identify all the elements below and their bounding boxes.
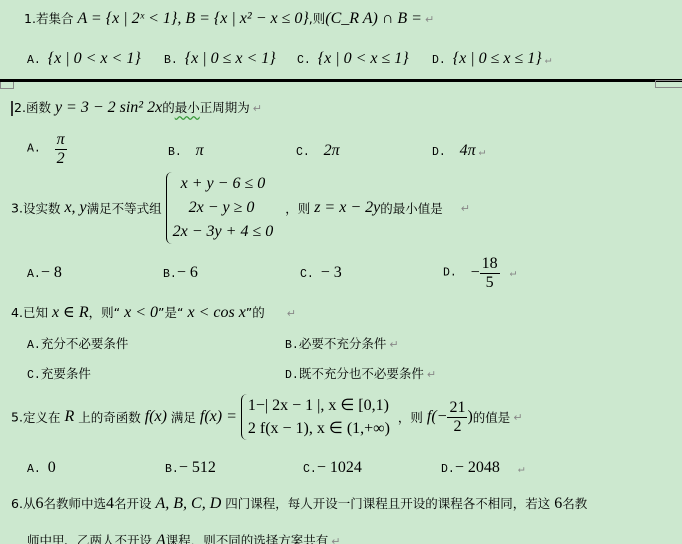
stem-text: 的值是 (473, 410, 511, 425)
option-value: 既不充分也不必要条件 (299, 366, 424, 381)
margin-corner-mark-left (0, 82, 14, 89)
option-label: C. (296, 146, 310, 159)
option-value: 2π (324, 142, 340, 159)
paragraph-mark-icon: ↵ (389, 338, 398, 351)
option-value: {x | 0 ≤ x ≤ 1} (453, 50, 542, 67)
question-2-option-b[interactable]: B. π (168, 142, 204, 160)
question-3-option-c[interactable]: C. − 3 (300, 264, 342, 282)
question-3-stem: 3.设实数 x, y满足不等式组 x + y − 6 ≤ 0 2x − y ≥ … (11, 172, 470, 244)
question-number: 3. (11, 201, 23, 216)
question-3-option-a[interactable]: A.− 8 (27, 264, 62, 282)
math-expression: A, B, C, D (155, 495, 221, 512)
option-label: A. (27, 54, 41, 67)
page-break-line (0, 79, 682, 82)
stem-text: 函数 (26, 100, 51, 115)
math-expression: x, y (64, 199, 86, 216)
option-label: A. (27, 143, 41, 156)
question-1-option-b[interactable]: B. {x | 0 ≤ x < 1} (164, 50, 276, 68)
question-number: 6. (11, 496, 23, 511)
question-5-option-c[interactable]: C.− 1024 (303, 459, 362, 477)
fraction-denominator: 2 (55, 150, 67, 168)
stem-text: ,则 (309, 11, 325, 26)
inequality-line: 2x − 3y + 4 ≤ 0 (173, 220, 274, 244)
stem-text: 定义在 (23, 410, 61, 425)
fraction: π2 (55, 131, 67, 167)
question-6-stem-line-2: 师中甲、乙两人不开设 A课程，则不同的选择方案共有↵ (27, 531, 341, 544)
option-label: C. (303, 463, 317, 476)
question-number: 1. (24, 11, 36, 26)
math-expression: f(− (427, 408, 448, 425)
math-expression: x < cos x (187, 304, 245, 321)
option-label: C. (27, 369, 41, 382)
math-expression: A (156, 532, 166, 544)
question-5-option-d[interactable]: D.− 2048↵ (441, 459, 524, 477)
option-label: C. (300, 268, 314, 281)
option-label: D. (432, 54, 446, 67)
option-value: − 8 (41, 264, 62, 281)
option-value: − 6 (177, 264, 198, 281)
option-label: D. (432, 146, 446, 159)
question-2-option-d[interactable]: D. 4π↵ (432, 142, 485, 160)
question-1-stem: 1.若集合 A = {x | 2ˣ < 1}, B = {x | x² − x … (24, 8, 434, 31)
option-label: B. (163, 268, 177, 281)
option-label: D. (285, 369, 299, 382)
stem-text: 师中甲、乙两人不开设 (27, 533, 152, 544)
fraction: 185 (480, 255, 500, 291)
option-label: A. (27, 268, 41, 281)
question-1-option-d[interactable]: D. {x | 0 ≤ x ≤ 1}↵ (432, 50, 551, 68)
question-3-option-b[interactable]: B.− 6 (163, 264, 198, 282)
option-value: {x | 0 < x ≤ 1} (318, 50, 409, 67)
math-expression: (C_R A) ∩ B = (325, 10, 422, 27)
question-6-stem-line-1: 6.从6名教师中选4名开设 A, B, C, D 四门课程，每人开设一门课程且开… (11, 494, 587, 513)
stem-text: 已知 (23, 305, 48, 320)
math-expression: R (64, 408, 74, 425)
math-expression: z = x − 2y (314, 199, 380, 216)
stem-text: 设实数 (23, 201, 61, 216)
math-expression: f(x) (145, 408, 167, 425)
paragraph-mark-icon: ↵ (513, 411, 522, 424)
option-value: {x | 0 ≤ x < 1} (185, 50, 276, 67)
option-value: π (196, 142, 204, 159)
paragraph-mark-icon: ↵ (287, 307, 296, 320)
option-label: D. (443, 267, 457, 280)
option-value: 充要条件 (41, 366, 91, 381)
stem-text: 从 (23, 496, 36, 511)
option-value: − 2048 (455, 459, 500, 476)
option-label: C. (297, 54, 311, 67)
option-value: − 3 (321, 264, 342, 281)
stem-text: ”的 (246, 305, 265, 320)
question-4-option-d[interactable]: D.既不充分也不必要条件↵ (285, 364, 436, 382)
question-2-stem: 2.函数 y = 3 − 2 sin² 2x的最小正周期为↵ (11, 97, 262, 120)
question-5-option-b[interactable]: B.− 512 (165, 459, 216, 477)
question-5-option-a[interactable]: A. 0 (27, 459, 56, 477)
fraction-numerator: 18 (480, 255, 500, 274)
question-number: 2. (14, 100, 26, 115)
paragraph-mark-icon: ↵ (545, 55, 552, 67)
question-1-option-c[interactable]: C. {x | 0 < x ≤ 1} (297, 50, 409, 68)
stem-text: 的 (162, 100, 175, 115)
question-4-option-c[interactable]: C.充要条件 (27, 364, 91, 382)
piecewise-case: 1−| 2x − 1 |, x ∈ [0,1) (248, 394, 390, 417)
question-1-option-a[interactable]: A. {x | 0 < x < 1} (27, 50, 141, 68)
fraction-denominator: 5 (480, 274, 500, 292)
stem-text: 上的奇函数 (78, 410, 141, 425)
stem-text: ”是“ (158, 305, 183, 320)
text-cursor (11, 101, 13, 116)
grammar-squiggle-text[interactable]: 最小 (175, 100, 200, 115)
fraction: 212 (447, 399, 467, 435)
option-value: − 512 (179, 459, 216, 476)
paragraph-mark-icon: ↵ (427, 368, 436, 381)
stem-text: 正周期为 (200, 100, 250, 115)
math-expression: x ∈ R (52, 304, 89, 321)
paragraph-mark-icon: ↵ (518, 464, 525, 476)
option-value: 充分不必要条件 (41, 336, 129, 351)
math-expression: f(x) = (200, 408, 237, 425)
option-label: B. (164, 54, 178, 67)
paragraph-mark-icon: ↵ (253, 102, 262, 115)
option-value: 4π (460, 142, 476, 159)
paragraph-mark-icon: ↵ (479, 147, 486, 159)
minus-sign: − (471, 264, 480, 281)
question-4-option-b[interactable]: B.必要不充分条件↵ (285, 334, 399, 352)
option-value: {x | 0 < x < 1} (48, 50, 141, 67)
question-4-stem: 4.已知 x ∈ R，则“ x < 0”是“ x < cos x”的↵ (11, 302, 296, 322)
math-expression: y = 3 − 2 sin² 2x (55, 99, 162, 116)
stem-text: 若集合 (36, 11, 74, 26)
inequality-line: x + y − 6 ≤ 0 (173, 172, 274, 196)
paragraph-mark-icon: ↵ (331, 535, 340, 544)
option-label: B. (168, 146, 182, 159)
option-label: A. (27, 463, 41, 476)
option-value: 必要不充分条件 (299, 336, 387, 351)
question-2-option-c[interactable]: C. 2π (296, 142, 340, 160)
piecewise-case: 2 f(x − 1), x ∈ (1,+∞) (248, 417, 390, 440)
piecewise-definition: 1−| 2x − 1 |, x ∈ [0,1) 2 f(x − 1), x ∈ … (241, 394, 390, 440)
fraction-numerator: π (55, 131, 67, 150)
stem-text: 名开设 (114, 496, 152, 511)
question-3-option-d[interactable]: D. −185↵ (443, 255, 516, 291)
stem-text: 名教师中选 (43, 496, 106, 511)
option-value: 0 (48, 459, 56, 476)
stem-text: 四门课程，每人开设一门课程且开设的课程各不相同，若这 (225, 496, 550, 511)
option-label: B. (165, 463, 179, 476)
paragraph-mark-icon: ↵ (510, 268, 517, 280)
inequality-system: x + y − 6 ≤ 0 2x − y ≥ 0 2x − 3y + 4 ≤ 0 (166, 172, 274, 244)
stem-text: ，则 (398, 410, 423, 425)
stem-text: ，则“ (89, 305, 120, 320)
question-number: 4. (11, 305, 23, 320)
stem-text: 名教 (562, 496, 587, 511)
stem-text: 满足不等式组 (87, 201, 162, 216)
inequality-line: 2x − y ≥ 0 (173, 196, 274, 220)
option-label: D. (441, 463, 455, 476)
question-5-stem: 5.定义在 R 上的奇函数 f(x) 满足 f(x) = 1−| 2x − 1 … (11, 394, 523, 440)
paragraph-mark-icon: ↵ (461, 202, 470, 215)
stem-text: 的最小值是 (380, 201, 443, 216)
paragraph-mark-icon: ↵ (425, 13, 434, 26)
margin-corner-mark-right (655, 80, 682, 88)
fraction-denominator: 2 (447, 418, 467, 436)
question-4-option-a[interactable]: A.充分不必要条件 (27, 334, 128, 352)
option-value: − 1024 (317, 459, 362, 476)
stem-text: ，则 (285, 201, 310, 216)
stem-text: 课程，则不同的选择方案共有 (166, 533, 329, 544)
math-expression: A = {x | 2ˣ < 1}, B = {x | x² − x ≤ 0} (77, 10, 308, 27)
math-expression: x < 0 (124, 304, 158, 321)
question-number: 5. (11, 410, 23, 425)
option-label: B. (285, 339, 299, 352)
option-label: A. (27, 339, 41, 352)
fraction-numerator: 21 (447, 399, 467, 418)
math-expression: 4 (106, 495, 114, 512)
question-2-option-a[interactable]: A. π2 (27, 131, 67, 167)
stem-text: 满足 (171, 410, 196, 425)
